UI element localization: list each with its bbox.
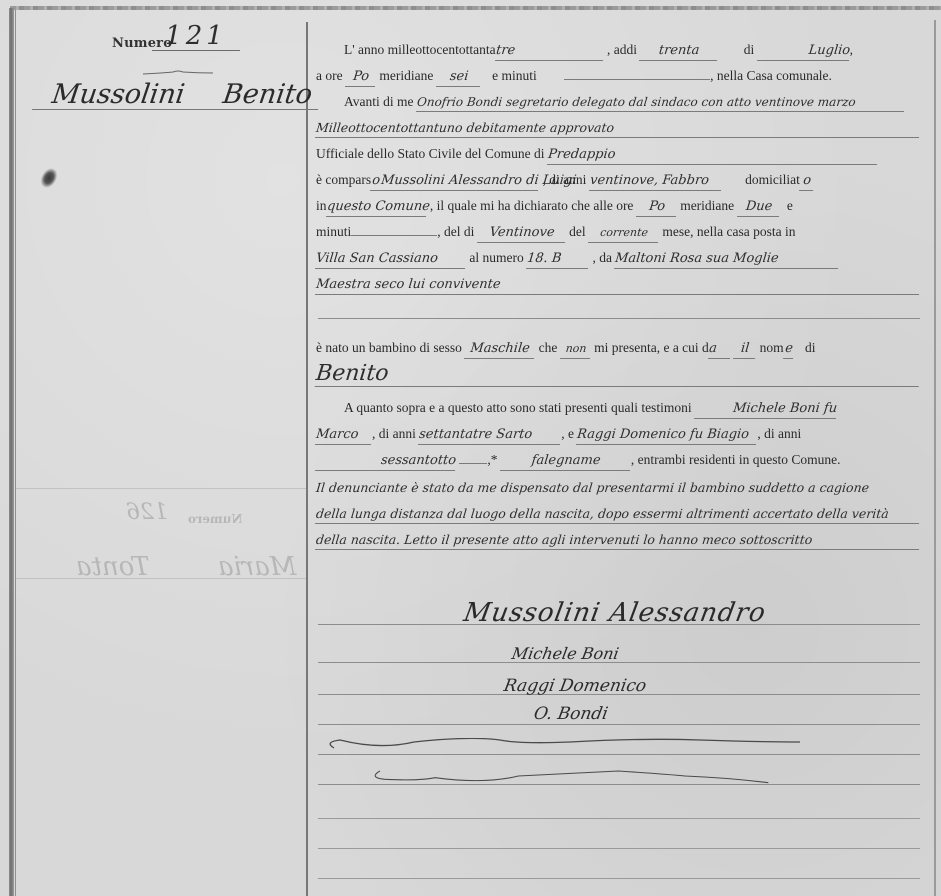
printed-text: meridiane	[379, 68, 433, 83]
handwritten-declarant-age-profession: ventinove, Fabbro	[589, 172, 723, 191]
printed-text: di	[744, 42, 755, 57]
right-border	[934, 20, 936, 896]
printed-text: del	[569, 224, 586, 239]
printed-text: in	[316, 198, 327, 213]
margin-column: Numero 121 Mussolini Benito Numero 126 M…	[16, 0, 306, 896]
handwritten-minutes	[351, 235, 437, 236]
record-note-line: Il denunciante è stato da me dispensato …	[316, 476, 920, 500]
record-note-line: della lunga distanza dal luogo della nas…	[316, 502, 920, 526]
handwritten-witness1-father: Marco	[315, 426, 373, 445]
handwritten-birth-month: corrente	[588, 224, 660, 243]
handwritten-witness2-age: sessantotto	[315, 452, 457, 471]
record-line-declarant: è comparsoMussolini Alessandro di Luigi …	[316, 168, 920, 192]
blank-rule	[318, 878, 920, 879]
handwritten-ore: Po	[345, 68, 377, 87]
signature-declarant: Mussolini Alessandro	[461, 598, 768, 628]
record-line-officer-cont: Milleottocentottantuno debitamente appro…	[316, 116, 920, 140]
printed-text: , addi	[607, 42, 637, 57]
handwritten-profession: Sarto	[496, 427, 533, 442]
bleed-through-name: Maria Tonta	[76, 552, 296, 582]
handwritten-witness1: Michele Boni fu	[694, 400, 838, 419]
ink-blot	[38, 166, 60, 190]
handwritten-suffix: a	[708, 340, 732, 359]
handwritten-year: tre	[495, 42, 605, 61]
numero-value: 121	[152, 22, 240, 51]
closing-flourish	[320, 766, 900, 786]
handwritten-comune: Predappio	[547, 146, 879, 165]
record-line-officer: Avanti di me Onofrio Bondi segretario de…	[316, 90, 920, 114]
printed-text: di	[805, 340, 816, 355]
margin-divider	[306, 22, 308, 896]
record-line-child-name: Benito	[316, 362, 920, 390]
printed-text: , il quale mi ha dichiarato che alle ore	[430, 198, 634, 213]
bleed-through-numero: Numero	[188, 512, 242, 526]
signature-witness2: Raggi Domenico	[502, 676, 648, 696]
printed-text: , nella Casa comunale.	[710, 68, 832, 83]
printed-text: e minuti	[492, 68, 537, 83]
printed-text: , da	[592, 250, 612, 265]
printed-text: , del di	[437, 224, 474, 239]
margin-registrant-name: Mussolini Benito	[32, 82, 322, 110]
printed-text: a ore	[316, 68, 343, 83]
printed-text: ,*	[487, 452, 497, 467]
handwritten-mother-continuation: Maestra seco lui convivente	[315, 276, 921, 295]
signature-rule	[318, 724, 920, 725]
printed-text: , entrambi residenti in questo Comune.	[631, 452, 841, 467]
handwritten-age: settantatre	[419, 427, 494, 442]
printed-text: , e	[561, 426, 574, 441]
record-line-residence: inquesto Comune , il quale mi ha dichiar…	[316, 194, 920, 218]
handwritten-address: Villa San Cassiano	[315, 250, 467, 269]
printed-text: domiciliat	[745, 172, 800, 187]
handwritten-mother: Maltoni Rosa sua Moglie	[614, 250, 840, 269]
handwritten-child-name: Benito	[315, 362, 922, 387]
bleed-through-numero-value: 126	[126, 500, 168, 525]
record-line-witness2-details: sessantotto ,* falegname, entrambi resid…	[316, 448, 920, 472]
handwritten-witness1-age-profession: settantatre Sarto	[418, 426, 562, 445]
record-body: L' anno milleottocentottantatre , addi t…	[316, 0, 934, 896]
printed-text: L' anno milleottocentottanta	[344, 42, 496, 57]
handwritten-residence: questo Comune	[326, 198, 428, 217]
printed-text: nom	[760, 340, 784, 355]
signature-officer: O. Bondi	[532, 704, 609, 724]
record-line-mother-cont: Maestra seco lui convivente	[316, 272, 920, 296]
handwritten-officer-continuation: Milleottocentottantuno debitamente appro…	[315, 119, 921, 138]
handwritten-witness2: Raggi Domenico fu Biagio	[576, 426, 758, 445]
handwritten-minutes	[564, 79, 710, 80]
handwritten-profession: , Fabbro	[653, 173, 709, 188]
record-line-birth-day: minuti, del di Ventinove del corrente me…	[316, 220, 920, 244]
handwritten-ore: Po	[636, 198, 678, 217]
document-page: Numero 121 Mussolini Benito Numero 126 M…	[0, 0, 941, 896]
record-line-address: Villa San Cassiano al numero 18. B , da …	[316, 246, 920, 270]
handwritten-declarant: Mussolini Alessandro di Luigi	[380, 172, 540, 191]
printed-text: è compars	[316, 172, 371, 187]
handwritten-day: trenta	[639, 42, 719, 61]
printed-text: , di anni	[757, 426, 801, 441]
closing-flourish	[320, 738, 900, 758]
printed-text: minuti	[316, 224, 351, 239]
printed-text: Ufficiale dello Stato Civile del Comune …	[316, 146, 544, 161]
handwritten-month: Luglio	[757, 42, 851, 61]
printed-text: che	[539, 340, 558, 355]
printed-text: mese, nella casa posta in	[662, 224, 795, 239]
handwritten-blank	[459, 463, 487, 464]
printed-text: Avanti di me	[344, 94, 413, 109]
handwritten-note: Il denunciante è stato da me dispensato …	[315, 479, 921, 497]
handwritten-house-number: 18. B	[526, 250, 590, 269]
blank-rule	[318, 784, 920, 785]
blank-rule	[318, 818, 920, 819]
blank-rule	[318, 754, 920, 755]
handwritten-age: ventinove	[589, 173, 655, 188]
handwritten-suffix: e	[783, 340, 795, 359]
blank-rule	[318, 848, 920, 849]
handwritten-birth-day: Ventinove	[477, 224, 567, 243]
record-note-line: della nascita. Letto il presente atto ag…	[316, 528, 920, 552]
blank-rule	[318, 318, 920, 319]
printed-text: meridiane	[680, 198, 734, 213]
handwritten-sex: Maschile	[464, 340, 536, 359]
handwritten-note: della lunga distanza dal luogo della nas…	[315, 505, 921, 524]
record-line-child-sex: è nato un bambino di sesso Maschile che …	[316, 336, 920, 360]
handwritten-article: il	[733, 340, 757, 359]
handwritten-hour: sei	[436, 68, 482, 87]
left-border	[9, 8, 14, 896]
handwritten-witness2-profession: falegname	[500, 452, 632, 471]
handwritten-birth-hour: Due	[737, 198, 781, 217]
printed-text: è nato un bambino di sesso	[316, 340, 462, 355]
record-line-time: a ore Po meridiane sei e minuti , nella …	[316, 64, 920, 88]
flourish-decoration	[143, 70, 213, 76]
ghost-rule	[16, 488, 306, 489]
printed-text: mi presenta, e a cui d	[594, 340, 709, 355]
record-line-date: L' anno milleottocentottantatre , addi t…	[316, 38, 920, 62]
printed-text: al numero	[469, 250, 523, 265]
printed-text: e	[787, 198, 793, 213]
signature-witness1: Michele Boni	[510, 644, 620, 663]
record-line-comune: Ufficiale dello Stato Civile del Comune …	[316, 142, 920, 166]
handwritten-officer: Onofrio Bondi segretario delegato dal si…	[416, 93, 906, 112]
handwritten-presents: non	[560, 340, 592, 359]
record-line-witnesses: A quanto sopra e a questo atto sono stat…	[316, 396, 920, 420]
printed-text: A quanto sopra e a questo atto sono stat…	[344, 400, 692, 415]
record-line-witness-details: Marco, di anni settantatre Sarto, e Ragg…	[316, 422, 920, 446]
handwritten-note: della nascita. Letto il presente atto ag…	[315, 531, 921, 550]
handwritten-suffix: o	[799, 172, 815, 191]
signature-rule	[318, 662, 920, 663]
printed-text: , di anni	[372, 426, 416, 441]
